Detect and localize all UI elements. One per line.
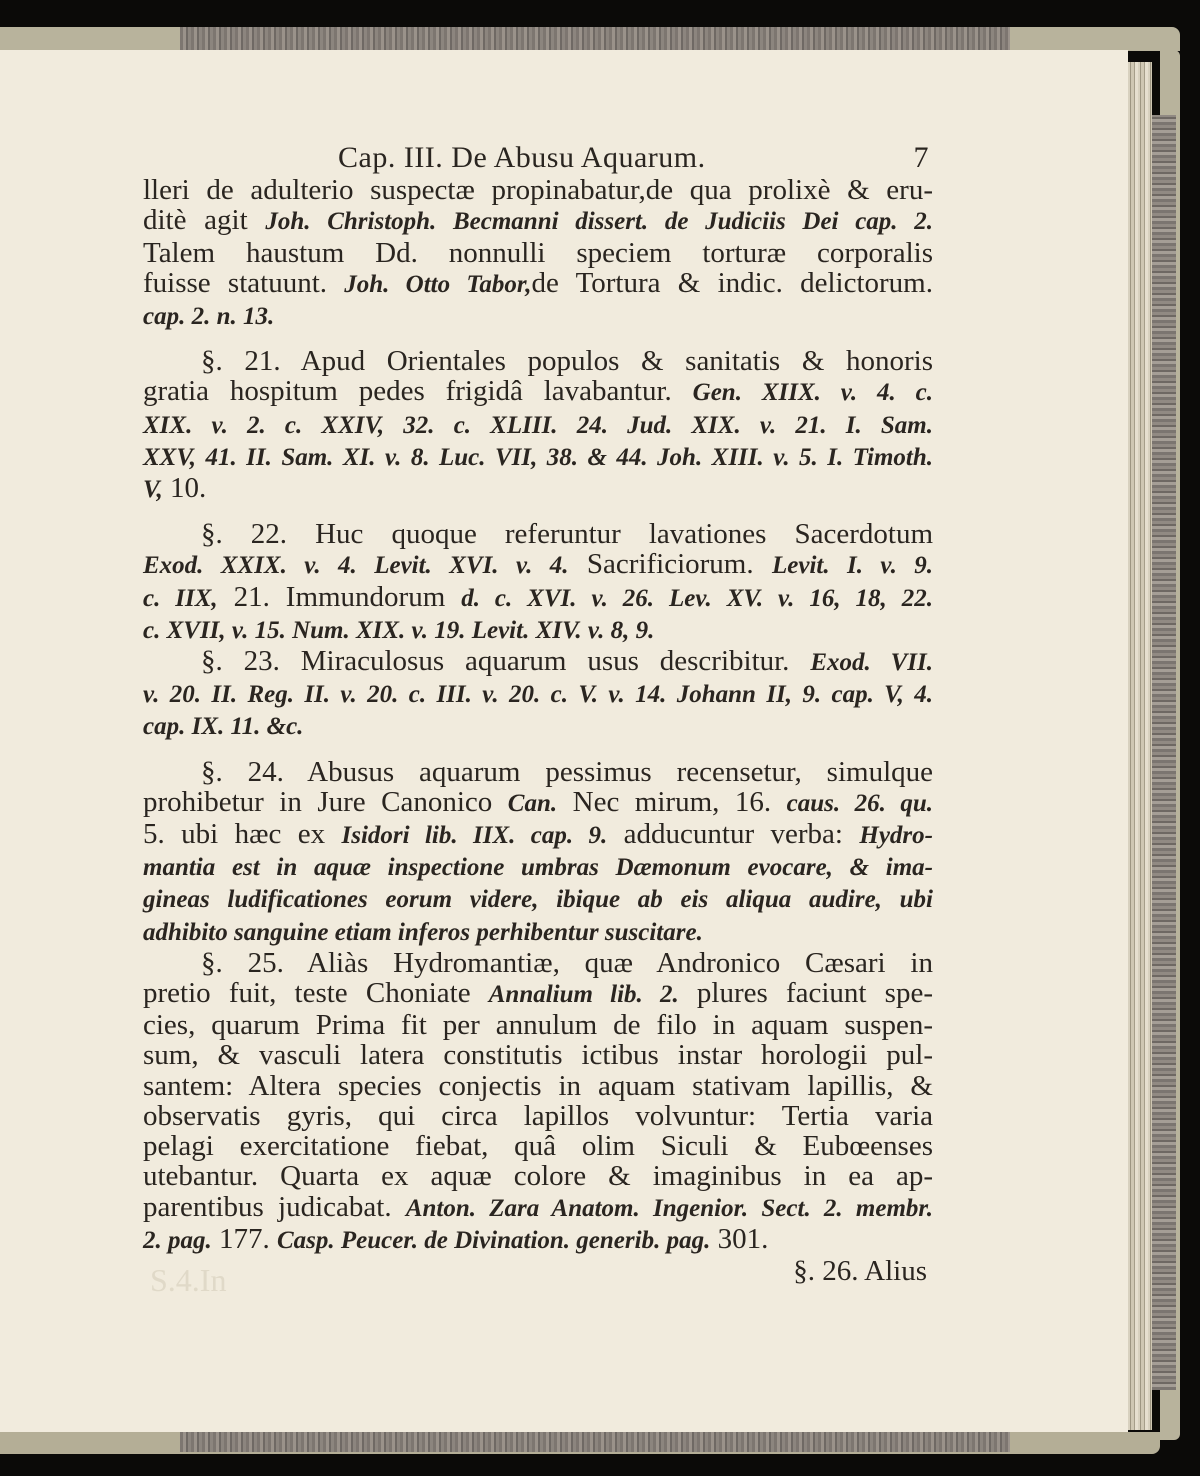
text-line: santem: Altera species conjectis in aqua… [143, 1071, 933, 1101]
text-run: sum, & vasculi latera constitutis ictibu… [143, 1039, 933, 1071]
marbled-paper-bottom [180, 1432, 1010, 1452]
text-run: pretio fuit, teste Choniate [143, 977, 489, 1009]
body-text: lleri de adulterio suspectæ propinabatur… [143, 175, 933, 1256]
text-run: §. 23. Miraculosus aquarum usus describi… [201, 645, 810, 677]
citation-italic: Can. [508, 790, 557, 817]
citation-italic: Exod. XXIX. v. 4. Levit. XVI. v. 4. [143, 552, 569, 579]
running-head-title: Cap. III. De Abusu Aquarum. [338, 143, 706, 173]
text-line: Talem haustum Dd. nonnulli speciem tortu… [143, 238, 933, 268]
text-line: gratia hospitum pedes frigidâ lavabantur… [143, 376, 933, 408]
book-cover-bottom-edge [0, 1432, 1160, 1454]
text-run: §. 21. Apud Orientales populos & sanitat… [201, 345, 933, 377]
text-line: 2. pag. 177. Casp. Peucer. de Divination… [143, 1224, 933, 1256]
text-run: adducuntur verba: [607, 818, 859, 850]
text-line: fuisse statuunt. Joh. Otto Tabor,de Tort… [143, 268, 933, 300]
citation-italic: Levit. I. v. 9. [772, 552, 933, 579]
citation-italic: Gen. XIIX. v. 4. c. [693, 379, 933, 406]
text-line: ditè agit Joh. Christoph. Becmanni disse… [143, 205, 933, 237]
text-line: gineas ludificationes eorum videre, ibiq… [143, 883, 933, 915]
text-run: Talem haustum Dd. nonnulli speciem tortu… [143, 237, 933, 269]
citation-italic: adhibito sanguine etiam inferos perhiben… [143, 919, 703, 946]
text-run: §. 25. Aliàs Hydromantiæ, quæ Andronico … [201, 947, 933, 979]
text-run: utebantur. Quarta ex aquæ colore & imagi… [143, 1160, 933, 1192]
text-run: lleri de adulterio suspectæ propinabatur… [143, 174, 933, 206]
text-run: gratia hospitum pedes frigidâ lavabantur… [143, 375, 693, 407]
text-run: §. 24. Abusus aquarum pessimus recensetu… [201, 756, 933, 788]
text-line: pelagi exercitatione fiebat, quâ olim Si… [143, 1131, 933, 1161]
citation-italic: V, [143, 476, 163, 503]
text-line: v. 20. II. Reg. II. v. 20. c. III. v. 20… [143, 678, 933, 710]
text-run: 5. ubi hæc ex [143, 818, 341, 850]
text-line: parentibus judicabat. Anton. Zara Anatom… [143, 1192, 933, 1224]
text-run: 301. [710, 1223, 768, 1255]
book-cover-right-edge [1160, 50, 1180, 1440]
citation-italic: Casp. Peucer. de Divination. generib. pa… [277, 1227, 710, 1254]
running-head: Cap. III. De Abusu Aquarum. 7 [338, 143, 933, 173]
citation-italic: Annalium lib. 2. [489, 981, 679, 1008]
citation-italic: 2. pag. [143, 1227, 212, 1254]
text-line: c. XVII, v. 15. Num. XIX. v. 19. Levit. … [143, 614, 933, 646]
citation-italic: caus. 26. qu. [787, 790, 933, 817]
text-line: XXV, 41. II. Sam. XI. v. 8. Luc. VII, 38… [143, 441, 933, 473]
citation-italic: Isidori lib. IIX. cap. 9. [341, 822, 607, 849]
text-line: XIX. v. 2. c. XXIV, 32. c. XLIII. 24. Ju… [143, 409, 933, 441]
citation-italic: v. 20. II. Reg. II. v. 20. c. III. v. 20… [143, 681, 933, 708]
text-line: cap. IX. 11. &c. [143, 710, 933, 742]
text-run: §. 22. Huc quoque referuntur lavationes … [201, 518, 933, 550]
citation-italic: XIX. v. 2. c. XXIV, 32. c. XLIII. 24. Ju… [143, 412, 933, 439]
text-line: V, 10. [143, 473, 933, 505]
text-line: 5. ubi hæc ex Isidori lib. IIX. cap. 9. … [143, 819, 933, 851]
citation-italic: gineas ludificationes eorum videre, ibiq… [143, 886, 933, 913]
text-run: plures faciunt spe- [679, 977, 933, 1009]
text-line: utebantur. Quarta ex aquæ colore & imagi… [143, 1161, 933, 1191]
paragraph-gap [143, 505, 933, 519]
text-run: 177. [212, 1223, 277, 1255]
text-line: §. 24. Abusus aquarum pessimus recensetu… [143, 757, 933, 787]
citation-italic: c. IIX, [143, 585, 218, 612]
text-run: ditè agit [143, 204, 265, 236]
text-run: cies, quarum Prima fit per annulum de fi… [143, 1009, 933, 1041]
text-line: cap. 2. n. 13. [143, 300, 933, 332]
text-run: fuisse statuunt. [143, 267, 344, 299]
paragraph-gap [143, 743, 933, 757]
citation-italic: cap. 2. n. 13. [143, 303, 274, 330]
text-line: adhibito sanguine etiam inferos perhiben… [143, 916, 933, 948]
text-line: §. 23. Miraculosus aquarum usus describi… [143, 646, 933, 678]
citation-italic: XXV, 41. II. Sam. XI. v. 8. Luc. VII, 38… [143, 444, 933, 471]
citation-italic: mantia est in aquæ inspectione umbras Dæ… [143, 854, 933, 881]
text-run: pelagi exercitatione fiebat, quâ olim Si… [143, 1130, 933, 1162]
text-line: observatis gyris, qui circa lapillos vol… [143, 1101, 933, 1131]
citation-italic: d. c. XVI. v. 26. Lev. XV. v. 16, 18, 22… [461, 585, 933, 612]
text-run: santem: Altera species conjectis in aqua… [143, 1070, 933, 1102]
citation-italic: Hydro- [859, 822, 933, 849]
text-run: Sacrificiorum. [569, 548, 773, 580]
text-line: pretio fuit, teste Choniate Annalium lib… [143, 978, 933, 1010]
text-line: §. 25. Aliàs Hydromantiæ, quæ Andronico … [143, 948, 933, 978]
text-run: prohibetur in Jure Canonico [143, 786, 508, 818]
paragraph-gap [143, 332, 933, 346]
text-run: de Tortura & indic. delictorum. [531, 267, 933, 299]
text-line: mantia est in aquæ inspectione umbras Dæ… [143, 851, 933, 883]
text-run: parentibus judicabat. [143, 1191, 406, 1223]
text-line: cies, quarum Prima fit per annulum de fi… [143, 1010, 933, 1040]
citation-italic: Joh. Otto Tabor, [344, 271, 531, 298]
page-number: 7 [914, 143, 930, 173]
text-line: §. 22. Huc quoque referuntur lavationes … [143, 519, 933, 549]
text-run: 21. Immundorum [218, 581, 462, 613]
text-run: Nec mirum, 16. [557, 786, 786, 818]
page-edges-stack [1128, 62, 1152, 1430]
catchword: §. 26. Alius [143, 1256, 933, 1286]
text-line: prohibetur in Jure Canonico Can. Nec mir… [143, 787, 933, 819]
text-line: sum, & vasculi latera constitutis ictibu… [143, 1040, 933, 1070]
citation-italic: Anton. Zara Anatom. Ingenior. Sect. 2. m… [406, 1195, 933, 1222]
text-line: Exod. XXIX. v. 4. Levit. XVI. v. 4. Sacr… [143, 549, 933, 581]
citation-italic: Exod. VII. [810, 649, 933, 676]
book-cover-top-edge [0, 27, 1180, 51]
text-line: §. 21. Apud Orientales populos & sanitat… [143, 346, 933, 376]
text-run: observatis gyris, qui circa lapillos vol… [143, 1100, 933, 1132]
citation-italic: c. XVII, v. 15. Num. XIX. v. 19. Levit. … [143, 617, 654, 644]
citation-italic: Joh. Christoph. Becmanni dissert. de Jud… [265, 208, 933, 235]
text-run: 10. [163, 472, 207, 504]
page-text-block: Cap. III. De Abusu Aquarum. 7 lleri de a… [143, 143, 933, 1286]
citation-italic: cap. IX. 11. &c. [143, 713, 303, 740]
text-line: lleri de adulterio suspectæ propinabatur… [143, 175, 933, 205]
text-line: c. IIX, 21. Immundorum d. c. XVI. v. 26.… [143, 582, 933, 614]
